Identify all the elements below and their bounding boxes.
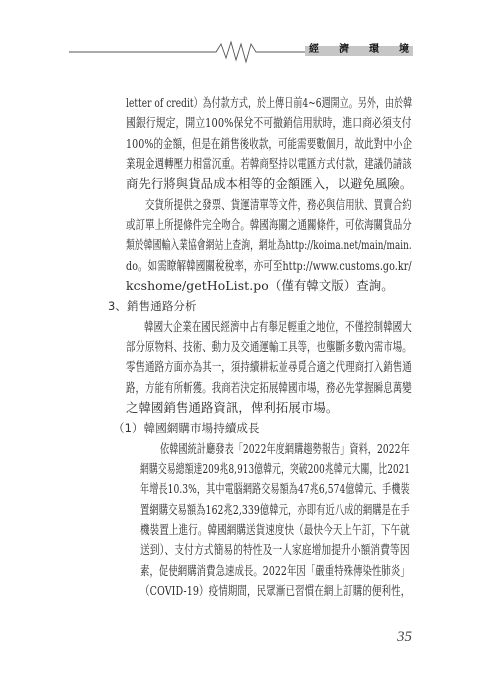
body-line: 素，促使網購消費急速成長。2022年因「嚴重特殊傳染性肺炎」 <box>140 563 410 579</box>
header-zigzag-rule-icon <box>0 0 480 80</box>
section-title-char: 環 <box>369 42 379 58</box>
body-line: 國銀行規定，開立100%保兌不可撤銷信用狀時，進口商必須支付 <box>126 115 412 131</box>
body-line: 年增長10.3%，其中電腦網路交易額為47兆6,574億韓元、手機裝 <box>140 481 410 497</box>
body-line: 依韓國統計廳發表「2022年度網購趨勢報告」資料，2022年 <box>160 441 410 457</box>
section-title-char: 濟 <box>339 42 349 58</box>
body-line: 送到）、支付方式簡易的特性及一人家庭增加提升小額消費等因 <box>140 542 410 558</box>
body-line: kcshome/getHoList.po（僅有韓文版）查詢。 <box>126 278 412 294</box>
subsection-heading: （1）韓國網購市場持續成長 <box>113 420 260 436</box>
section-title: 經 濟 環 境 <box>305 42 413 58</box>
body-line: 交貨所提供之發票、貨運清單等文件，務必與信用狀、買賣合約 <box>145 197 412 213</box>
body-line: 置網購交易額為162兆2,339億韓元，亦即有近八成的網購是在手 <box>140 502 410 518</box>
page-number: 35 <box>397 629 412 646</box>
body-line: 部分原物料、技術、動力及交通運輸工具等，也壟斷多數內需市場。 <box>126 339 412 355</box>
body-line: （COVID-19）疫情期間，民眾漸已習慣在網上訂購的便利性， <box>140 583 410 599</box>
body-line: 商先行將與貨品成本相等的金額匯入，以避免風險。 <box>126 176 412 192</box>
body-line: 或訂單上所提條件完全吻合。韓國海關之通關條件，可依海關貨品分 <box>126 217 412 233</box>
section-title-char: 境 <box>399 42 409 58</box>
body-line: 零售通路方面亦為其一，須持續耕耘並尋覓合適之代理商打入銷售通 <box>126 359 412 375</box>
body-line: 韓國大企業在國民經濟中占有舉足輕重之地位，不僅控制韓國大 <box>144 319 412 335</box>
body-line: 之韓國銷售通路資訊，俾利拓展市場。 <box>126 400 412 416</box>
body-line: 網購交易總額達209兆8,913億韓元，突破200兆韓元大關，比2021 <box>140 461 410 477</box>
body-line: 100%的金額，但是在銷售後收款，可能需要數個月，故此對中小企 <box>126 136 412 152</box>
section-heading: 3、銷售通路分析 <box>108 298 197 314</box>
section-title-char: 經 <box>309 42 319 58</box>
body-line: 機裝置上進行。韓國網購送貨速度快（最快今天上午訂，下午就 <box>140 522 410 538</box>
body-line: 業現金週轉壓力相當沉重。若韓商堅持以電匯方式付款，建議仍請該 <box>126 156 412 172</box>
body-line: 路，方能有所斬獲。我商若決定拓展韓國市場，務必先掌握瞬息萬變 <box>126 380 412 396</box>
body-line: letter of credit）為付款方式，於上傳日前4~6週開立。另外，由於… <box>126 95 412 111</box>
body-line: do。如需瞭解韓國關稅稅率，亦可至http://www.customs.go.k… <box>126 258 412 274</box>
body-line: 類於韓國輸入業協會網站上查詢，網址為http://koima.net/main/… <box>126 237 412 253</box>
running-header: 經 濟 環 境 <box>0 0 480 80</box>
